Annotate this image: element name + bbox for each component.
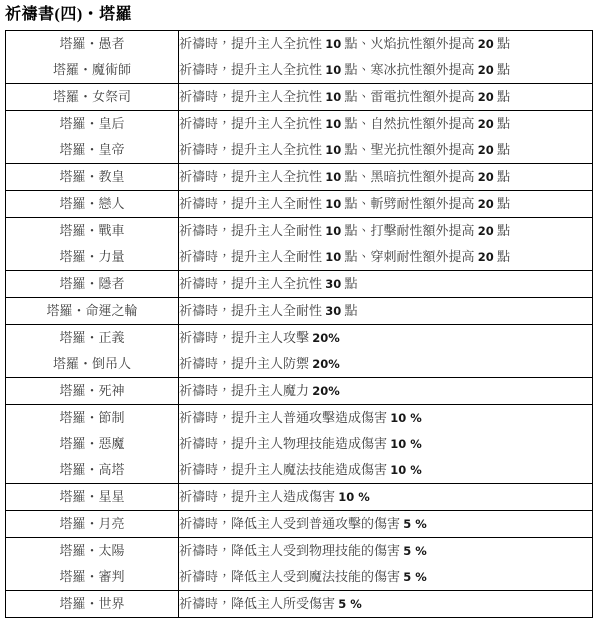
card-name-cell: 塔羅・高塔 <box>6 457 179 484</box>
effect-cell: 祈禱時，提升主人全耐性 10 點、穿刺耐性額外提高 20 點 <box>179 244 593 271</box>
effect-value: 10 <box>325 170 341 184</box>
table-row: 塔羅・正義祈禱時，提升主人攻擊 20% <box>6 325 593 352</box>
table-row: 塔羅・戀人祈禱時，提升主人全耐性 10 點、斬劈耐性額外提高 20 點 <box>6 191 593 218</box>
effect-value: 20 <box>478 117 494 131</box>
effect-cell: 祈禱時，提升主人全耐性 10 點、斬劈耐性額外提高 20 點 <box>179 191 593 218</box>
card-name-cell: 塔羅・倒吊人 <box>6 351 179 378</box>
effect-cell: 祈禱時，降低主人受到物理技能的傷害 5 % <box>179 538 593 565</box>
table-row: 塔羅・審判祈禱時，降低主人受到魔法技能的傷害 5 % <box>6 564 593 591</box>
effect-value: 20% <box>312 331 340 345</box>
table-row: 塔羅・世界祈禱時，降低主人所受傷害 5 % <box>6 591 593 618</box>
effect-value: 10 <box>325 250 341 264</box>
effect-value: 30 <box>325 304 341 318</box>
effect-value: 10 <box>325 197 341 211</box>
effect-cell: 祈禱時，提升主人全抗性 10 點、聖光抗性額外提高 20 點 <box>179 137 593 164</box>
effect-value: 30 <box>325 277 341 291</box>
effect-cell: 祈禱時，提升主人全抗性 30 點 <box>179 271 593 298</box>
effect-value: 20 <box>478 197 494 211</box>
effect-value: 20% <box>312 357 340 371</box>
effect-cell: 祈禱時，提升主人防禦 20% <box>179 351 593 378</box>
card-name-cell: 塔羅・皇后 <box>6 111 179 138</box>
card-name-cell: 塔羅・死神 <box>6 378 179 405</box>
effect-value: 20 <box>478 90 494 104</box>
effect-cell: 祈禱時，提升主人全抗性 10 點、火焰抗性額外提高 20 點 <box>179 31 593 58</box>
effect-cell: 祈禱時，提升主人物理技能造成傷害 10 % <box>179 431 593 457</box>
effect-value: 20 <box>478 250 494 264</box>
card-name-cell: 塔羅・審判 <box>6 564 179 591</box>
effect-value: 10 % <box>390 463 422 477</box>
table-row: 塔羅・愚者祈禱時，提升主人全抗性 10 點、火焰抗性額外提高 20 點 <box>6 31 593 58</box>
card-name-cell: 塔羅・魔術師 <box>6 57 179 84</box>
effect-value: 10 <box>325 63 341 77</box>
table-row: 塔羅・皇后祈禱時，提升主人全抗性 10 點、自然抗性額外提高 20 點 <box>6 111 593 138</box>
table-row: 塔羅・皇帝祈禱時，提升主人全抗性 10 點、聖光抗性額外提高 20 點 <box>6 137 593 164</box>
effect-value: 5 % <box>403 544 427 558</box>
effect-cell: 祈禱時，提升主人全抗性 10 點、寒冰抗性額外提高 20 點 <box>179 57 593 84</box>
tarot-effects-table: 塔羅・愚者祈禱時，提升主人全抗性 10 點、火焰抗性額外提高 20 點塔羅・魔術… <box>5 30 593 618</box>
effect-cell: 祈禱時，提升主人全抗性 10 點、自然抗性額外提高 20 點 <box>179 111 593 138</box>
table-row: 塔羅・星星祈禱時，提升主人造成傷害 10 % <box>6 484 593 511</box>
tarot-table-body: 塔羅・愚者祈禱時，提升主人全抗性 10 點、火焰抗性額外提高 20 點塔羅・魔術… <box>6 31 593 618</box>
card-name-cell: 塔羅・命運之輪 <box>6 298 179 325</box>
table-row: 塔羅・隱者祈禱時，提升主人全抗性 30 點 <box>6 271 593 298</box>
card-name-cell: 塔羅・太陽 <box>6 538 179 565</box>
card-name-cell: 塔羅・隱者 <box>6 271 179 298</box>
effect-value: 5 % <box>338 597 362 611</box>
table-row: 塔羅・高塔祈禱時，提升主人魔法技能造成傷害 10 % <box>6 457 593 484</box>
table-row: 塔羅・月亮祈禱時，降低主人受到普通攻擊的傷害 5 % <box>6 511 593 538</box>
effect-value: 20% <box>312 384 340 398</box>
effect-cell: 祈禱時，降低主人受到魔法技能的傷害 5 % <box>179 564 593 591</box>
card-name-cell: 塔羅・節制 <box>6 405 179 432</box>
effect-value: 5 % <box>403 517 427 531</box>
effect-cell: 祈禱時，提升主人魔力 20% <box>179 378 593 405</box>
table-row: 塔羅・太陽祈禱時，降低主人受到物理技能的傷害 5 % <box>6 538 593 565</box>
effect-cell: 祈禱時，提升主人攻擊 20% <box>179 325 593 352</box>
table-row: 塔羅・魔術師祈禱時，提升主人全抗性 10 點、寒冰抗性額外提高 20 點 <box>6 57 593 84</box>
effect-cell: 祈禱時，提升主人全抗性 10 點、黑暗抗性額外提高 20 點 <box>179 164 593 191</box>
effect-value: 10 <box>325 117 341 131</box>
effect-cell: 祈禱時，提升主人全抗性 10 點、雷電抗性額外提高 20 點 <box>179 84 593 111</box>
effect-value: 10 <box>325 143 341 157</box>
card-name-cell: 塔羅・教皇 <box>6 164 179 191</box>
effect-value: 10 % <box>390 437 422 451</box>
effect-value: 20 <box>478 63 494 77</box>
table-row: 塔羅・惡魔祈禱時，提升主人物理技能造成傷害 10 % <box>6 431 593 457</box>
table-row: 塔羅・死神祈禱時，提升主人魔力 20% <box>6 378 593 405</box>
effect-cell: 祈禱時，提升主人造成傷害 10 % <box>179 484 593 511</box>
effect-cell: 祈禱時，降低主人所受傷害 5 % <box>179 591 593 618</box>
card-name-cell: 塔羅・月亮 <box>6 511 179 538</box>
card-name-cell: 塔羅・惡魔 <box>6 431 179 457</box>
page-title: 祈禱書(四)・塔羅 <box>5 5 605 24</box>
card-name-cell: 塔羅・戀人 <box>6 191 179 218</box>
effect-value: 20 <box>478 224 494 238</box>
card-name-cell: 塔羅・正義 <box>6 325 179 352</box>
effect-value: 20 <box>478 37 494 51</box>
effect-cell: 祈禱時，提升主人全耐性 10 點、打擊耐性額外提高 20 點 <box>179 218 593 245</box>
table-row: 塔羅・教皇祈禱時，提升主人全抗性 10 點、黑暗抗性額外提高 20 點 <box>6 164 593 191</box>
card-name-cell: 塔羅・愚者 <box>6 31 179 58</box>
card-name-cell: 塔羅・世界 <box>6 591 179 618</box>
effect-cell: 祈禱時，降低主人受到普通攻擊的傷害 5 % <box>179 511 593 538</box>
table-row: 塔羅・力量祈禱時，提升主人全耐性 10 點、穿刺耐性額外提高 20 點 <box>6 244 593 271</box>
card-name-cell: 塔羅・力量 <box>6 244 179 271</box>
document-page: 祈禱書(四)・塔羅 塔羅・愚者祈禱時，提升主人全抗性 10 點、火焰抗性額外提高… <box>0 0 605 618</box>
effect-cell: 祈禱時，提升主人全耐性 30 點 <box>179 298 593 325</box>
card-name-cell: 塔羅・戰車 <box>6 218 179 245</box>
effect-value: 10 % <box>338 490 370 504</box>
table-row: 塔羅・節制祈禱時，提升主人普通攻擊造成傷害 10 % <box>6 405 593 432</box>
table-row: 塔羅・戰車祈禱時，提升主人全耐性 10 點、打擊耐性額外提高 20 點 <box>6 218 593 245</box>
card-name-cell: 塔羅・皇帝 <box>6 137 179 164</box>
effect-value: 20 <box>478 170 494 184</box>
effect-value: 10 <box>325 224 341 238</box>
effect-value: 10 <box>325 37 341 51</box>
card-name-cell: 塔羅・女祭司 <box>6 84 179 111</box>
effect-cell: 祈禱時，提升主人普通攻擊造成傷害 10 % <box>179 405 593 432</box>
effect-cell: 祈禱時，提升主人魔法技能造成傷害 10 % <box>179 457 593 484</box>
table-row: 塔羅・命運之輪祈禱時，提升主人全耐性 30 點 <box>6 298 593 325</box>
table-row: 塔羅・女祭司祈禱時，提升主人全抗性 10 點、雷電抗性額外提高 20 點 <box>6 84 593 111</box>
effect-value: 20 <box>478 143 494 157</box>
effect-value: 10 <box>325 90 341 104</box>
table-row: 塔羅・倒吊人祈禱時，提升主人防禦 20% <box>6 351 593 378</box>
effect-value: 5 % <box>403 570 427 584</box>
effect-value: 10 % <box>390 411 422 425</box>
card-name-cell: 塔羅・星星 <box>6 484 179 511</box>
